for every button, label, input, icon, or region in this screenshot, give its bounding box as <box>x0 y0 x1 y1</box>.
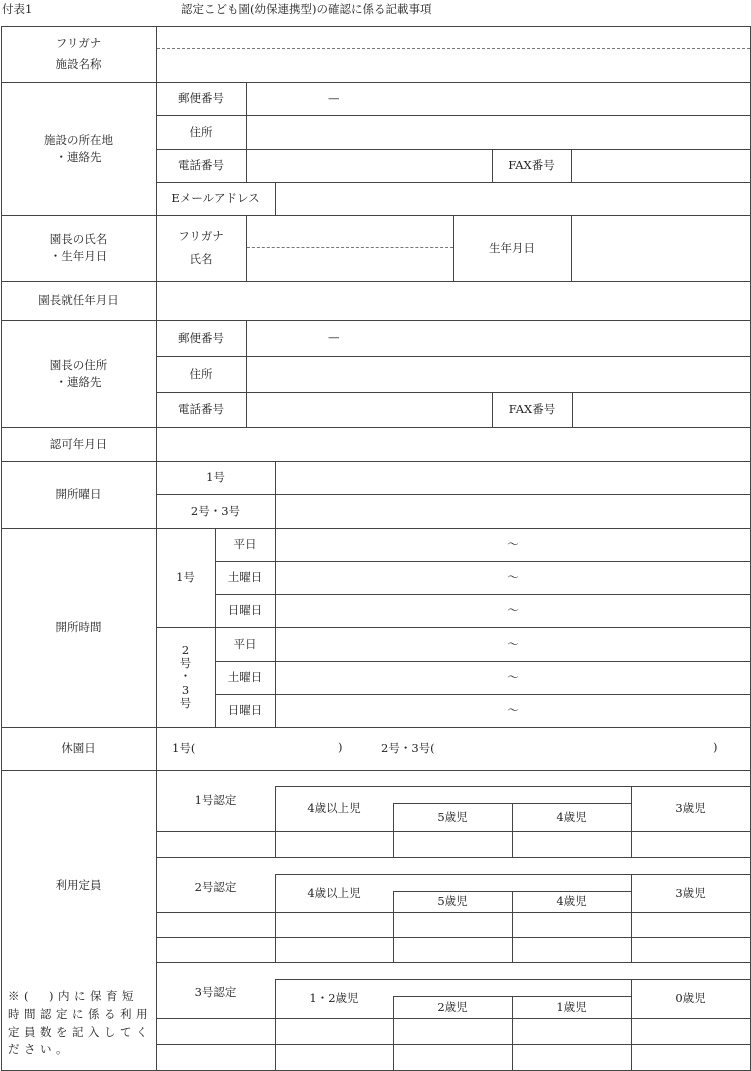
capacity-type2-short-age5-field[interactable] <box>394 938 512 962</box>
capacity-note: ※( )内に保育短時間認定に係る利用定員数を記入してください。 <box>8 988 153 1058</box>
opening-hours-label: 開所時間 <box>1 528 156 727</box>
label-char: ・ <box>180 670 192 683</box>
closed-days-type1-field[interactable] <box>200 734 330 762</box>
label-char: 号 <box>180 697 192 710</box>
facility-contact-label-cell: 施設の所在地 ・連絡先 <box>1 82 156 215</box>
capacity-type2-last-header: 3歳児 <box>631 874 750 912</box>
capacity-type1-age5-field[interactable] <box>394 832 512 857</box>
capacity-type3-label: 3号認定 <box>156 979 275 1006</box>
furigana-label: フリガナ <box>178 228 223 245</box>
saturday-label: 土曜日 <box>215 561 275 594</box>
director-fax-field[interactable] <box>573 393 750 427</box>
saturday-label: 土曜日 <box>215 661 275 694</box>
director-name-label: 園長の氏名 <box>50 231 108 248</box>
capacity-type3-sub-header-2: 2歳児 <box>393 996 512 1018</box>
director-address-field-label: 住所 <box>156 356 246 392</box>
weekday-label: 平日 <box>215 627 275 661</box>
capacity-type3-age0-field[interactable] <box>632 1019 750 1044</box>
divider <box>156 962 751 963</box>
director-address-field[interactable] <box>247 357 750 392</box>
director-phone-field[interactable] <box>247 393 492 427</box>
capacity-type3-12-field[interactable] <box>276 1019 393 1044</box>
closed-days-label: 休園日 <box>1 727 156 770</box>
capacity-type1-age3-field[interactable] <box>632 832 750 857</box>
approval-date-field[interactable] <box>157 428 750 461</box>
closed-days-type23-open: 2号・3号( <box>381 740 435 756</box>
opening-days-type23-label: 2号・3号 <box>156 494 275 528</box>
director-birthdate-field[interactable] <box>572 216 750 281</box>
type23-sunday-hours-field[interactable]: ～ <box>276 694 750 727</box>
capacity-type2-total-field[interactable] <box>157 913 275 937</box>
director-postal-label: 郵便番号 <box>156 320 246 356</box>
furigana-label: フリガナ <box>56 35 101 52</box>
capacity-type2-short-total-field[interactable] <box>157 938 275 962</box>
facility-location-label: 施設の所在地 <box>44 132 113 149</box>
capacity-type2-short-4plus-field[interactable] <box>276 938 393 962</box>
capacity-type1-age4-field[interactable] <box>513 832 631 857</box>
type1-sunday-hours-field[interactable]: ～ <box>276 594 750 627</box>
facility-phone-label: 電話番号 <box>156 149 246 182</box>
postal-separator: — <box>328 91 340 105</box>
director-birth-label: ・生年月日 <box>50 248 108 265</box>
capacity-type1-last-header: 3歳児 <box>631 786 750 831</box>
director-appointment-label: 園長就任年月日 <box>1 281 156 320</box>
capacity-label: 利用定員 <box>1 770 156 1000</box>
postal-separator: — <box>328 330 340 344</box>
closed-days-type23-close: ) <box>713 740 718 754</box>
capacity-type3-short-total-field[interactable] <box>157 1045 275 1070</box>
facility-furigana-field[interactable] <box>157 27 750 47</box>
closed-days-type23-field[interactable] <box>445 734 710 762</box>
capacity-type2-short-age4-field[interactable] <box>513 938 631 962</box>
capacity-type3-total-field[interactable] <box>157 1019 275 1044</box>
doc-number: 付表1 <box>2 1 32 17</box>
director-name-field[interactable] <box>247 248 453 281</box>
sunday-label: 日曜日 <box>215 594 275 627</box>
sunday-label: 日曜日 <box>215 694 275 727</box>
capacity-type1-sub-header-5: 5歳児 <box>393 803 512 831</box>
capacity-type2-age5-field[interactable] <box>394 913 512 937</box>
capacity-type3-group-header: 1・2歳児 <box>275 979 393 1018</box>
facility-fax-label: FAX番号 <box>492 149 571 182</box>
capacity-type3-age1-field[interactable] <box>513 1019 631 1044</box>
facility-name-label-cell: フリガナ 施設名称 <box>1 26 156 82</box>
capacity-type2-sub-header-5: 5歳児 <box>393 891 512 912</box>
facility-phone-field[interactable] <box>247 150 492 182</box>
facility-postal-field[interactable]: — <box>247 83 750 115</box>
opening-hours-type1-label: 1号 <box>156 528 215 627</box>
capacity-type2-short-age3-field[interactable] <box>632 938 750 962</box>
capacity-type2-age4-field[interactable] <box>513 913 631 937</box>
capacity-type3-age2-field[interactable] <box>394 1019 512 1044</box>
capacity-type1-sub-header-4: 4歳児 <box>512 803 631 831</box>
director-furigana-label-cell: フリガナ 氏名 <box>156 215 246 281</box>
director-contact-label: ・連絡先 <box>56 374 102 391</box>
director-name-label-cell: 園長の氏名 ・生年月日 <box>1 215 156 281</box>
capacity-type1-label: 1号認定 <box>156 786 275 814</box>
capacity-type2-4plus-field[interactable] <box>276 913 393 937</box>
opening-days-type23-field[interactable] <box>276 495 750 528</box>
director-postal-field[interactable]: — <box>247 321 750 356</box>
capacity-type1-4plus-field[interactable] <box>276 832 393 857</box>
approval-date-label: 認可年月日 <box>1 427 156 461</box>
opening-days-type1-field[interactable] <box>276 462 750 494</box>
opening-days-type1-label: 1号 <box>156 461 275 494</box>
closed-days-type1-open: 1号( <box>172 740 195 756</box>
capacity-type2-label: 2号認定 <box>156 874 275 900</box>
facility-address-field[interactable] <box>247 116 750 149</box>
capacity-type3-short-12-field[interactable] <box>276 1045 393 1070</box>
type23-saturday-hours-field[interactable]: ～ <box>276 661 750 694</box>
name-label: 氏名 <box>190 251 213 268</box>
opening-days-label: 開所曜日 <box>1 461 156 528</box>
type1-saturday-hours-field[interactable]: ～ <box>276 561 750 594</box>
page-title: 認定こども園(幼保連携型)の確認に係る記載事項 <box>181 1 431 17</box>
type23-weekday-hours-field[interactable]: ～ <box>276 627 750 661</box>
weekday-label: 平日 <box>215 528 275 561</box>
facility-contact-label: ・連絡先 <box>56 149 102 166</box>
facility-name-field[interactable] <box>157 49 750 81</box>
capacity-type3-short-age0-field[interactable] <box>632 1045 750 1070</box>
capacity-type3-last-header: 0歳児 <box>631 979 750 1018</box>
type1-weekday-hours-field[interactable]: ～ <box>276 528 750 561</box>
facility-email-field[interactable] <box>276 183 750 215</box>
closed-days-type1-close: ) <box>338 740 343 754</box>
director-fax-label: FAX番号 <box>492 392 572 427</box>
label-char: 3 <box>182 684 189 697</box>
capacity-type2-group-header: 4歳以上児 <box>275 874 393 912</box>
capacity-type1-group-header: 4歳以上児 <box>275 786 393 831</box>
facility-address-label: 住所 <box>156 115 246 149</box>
director-appointment-field[interactable] <box>157 282 750 320</box>
director-address-label: 園長の住所 <box>50 357 108 374</box>
facility-fax-field[interactable] <box>572 150 750 182</box>
facility-email-label: Eメールアドレス <box>156 182 275 215</box>
capacity-type3-short-age1-field[interactable] <box>513 1045 631 1070</box>
director-birthdate-label: 生年月日 <box>453 215 571 281</box>
director-contact-label-cell: 園長の住所 ・連絡先 <box>1 320 156 427</box>
facility-name-label: 施設名称 <box>56 56 102 73</box>
director-furigana-field[interactable] <box>247 216 453 247</box>
opening-hours-type23-label: 2 号 ・ 3 号 <box>156 627 215 727</box>
capacity-type1-total-field[interactable] <box>157 832 275 857</box>
capacity-type2-age3-field[interactable] <box>632 913 750 937</box>
divider <box>156 857 751 858</box>
facility-postal-label: 郵便番号 <box>156 82 246 115</box>
capacity-type2-sub-header-4: 4歳児 <box>512 891 631 912</box>
capacity-type3-sub-header-1: 1歳児 <box>512 996 631 1018</box>
capacity-type3-short-age2-field[interactable] <box>394 1045 512 1070</box>
director-phone-label: 電話番号 <box>156 392 246 427</box>
